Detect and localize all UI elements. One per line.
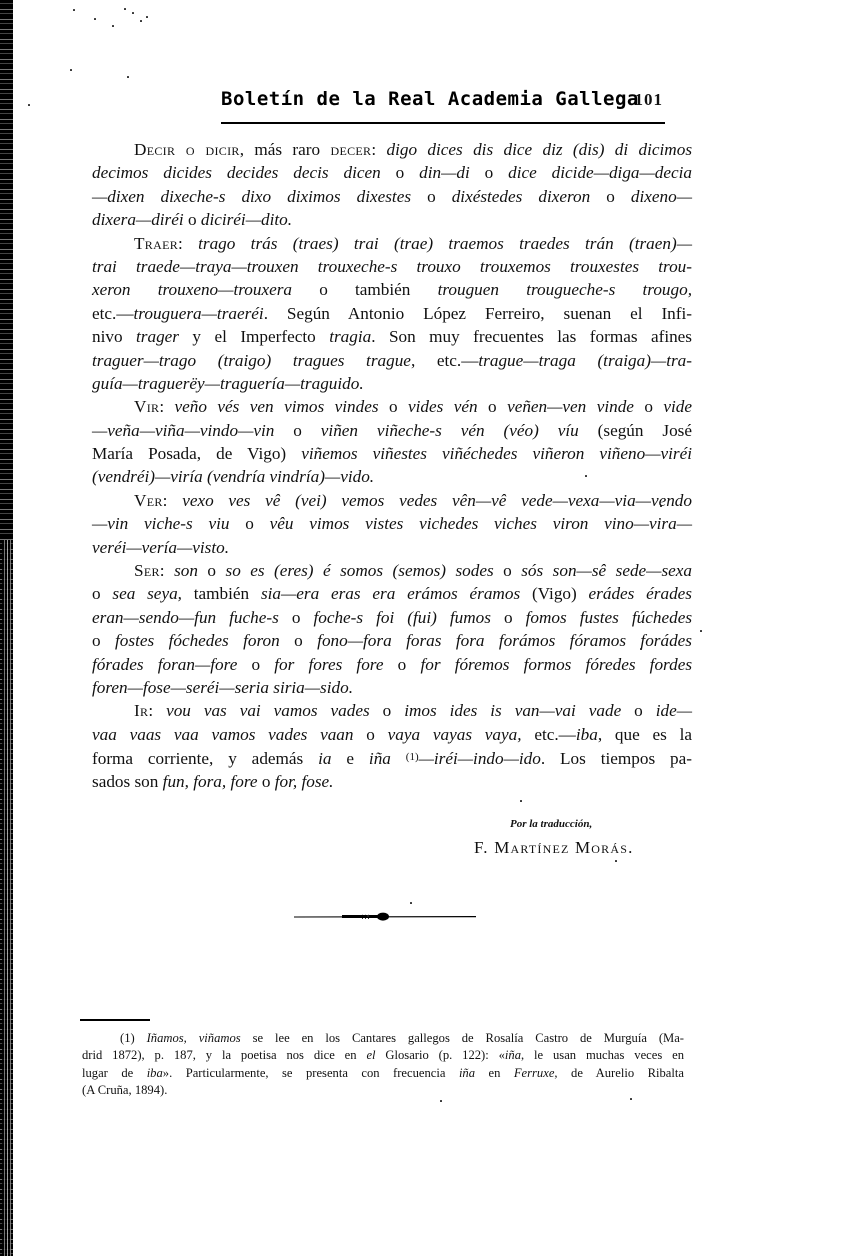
scan-binding-edge: [0, 0, 13, 1256]
text-run: veñen—ven vinde: [507, 397, 644, 416]
text-run: trouguen trougueche-s trougo,: [438, 280, 692, 299]
text-run: , de Aurelio Ribalta: [554, 1066, 684, 1080]
text-run: (Vigo): [532, 584, 589, 603]
text-run: sea seya,: [112, 584, 193, 603]
text-run: ia: [318, 749, 346, 768]
text-run: :: [159, 397, 174, 416]
text-run: o: [634, 701, 656, 720]
text-run: sia—era eras era erámos éramos: [261, 584, 532, 603]
text-run: dixéstedes dixeron: [452, 187, 607, 206]
text-run: din—di: [419, 163, 485, 182]
body_lines-line: veréi—vería—visto.: [92, 536, 692, 559]
text-run: e: [346, 749, 369, 768]
running-head: Boletín de la Real Academia Gallega 101: [221, 88, 663, 118]
text-run: :: [148, 701, 166, 720]
text-run: (1): [120, 1031, 147, 1045]
body_lines-line: eran—sendo—fun fuche-s o foche-s foi (fu…: [92, 606, 692, 629]
text-run: o también: [319, 280, 437, 299]
text-run: o: [606, 187, 631, 206]
signature-preface: Por la traducción,: [510, 816, 680, 832]
text-run: for fores fore: [274, 655, 397, 674]
text-run: . Según Antonio López Ferreiro, suenan e…: [264, 304, 692, 323]
text-run: forma corriente, y además: [92, 749, 318, 768]
text-run: , que es la: [598, 725, 692, 744]
footnote_lines-line: lugar de iba». Particularmente, se prese…: [82, 1065, 684, 1082]
text-run: o: [92, 631, 115, 650]
text-run: —vin viche-s viu: [92, 514, 245, 533]
footnote_lines-line: drid 1872), p. 187, y la poetisa nos dic…: [82, 1047, 684, 1064]
text-run: tragia: [329, 327, 371, 346]
text-run: fórades foran—fore: [92, 655, 252, 674]
text-run: o: [644, 397, 663, 416]
footnotes: (1) Iñamos, viñamos se lee en los Cantar…: [82, 1030, 684, 1099]
body_lines-line: o sea seya, también sia—era eras era erá…: [92, 582, 692, 605]
text-run: vaa vaas vaa vamos vades vaan: [92, 725, 366, 744]
text-run: o: [293, 421, 321, 440]
text-run: eran—sendo—fun fuche-s: [92, 608, 292, 627]
text-run: ide—: [656, 701, 692, 720]
text-run: también: [194, 584, 261, 603]
text-run: trague—traga (traiga)—tra-: [478, 351, 692, 370]
body_lines-line: —dixen dixeche-s dixo diximos dixestes o…: [92, 185, 692, 208]
text-run: vides vén: [408, 397, 488, 416]
text-run: o: [427, 187, 452, 206]
text-run: o: [92, 584, 112, 603]
text-run: Ferruxe: [514, 1066, 555, 1080]
text-run: nivo: [92, 327, 136, 346]
text-run: o: [485, 163, 509, 182]
text-run: sados son: [92, 772, 163, 791]
text-run: :: [160, 561, 174, 580]
text-run: se lee en los Cantares gallegos de Rosal…: [241, 1031, 684, 1045]
body_lines-line: guía—traguerëy—traguería—traguido.: [92, 372, 692, 395]
text-run: o: [262, 772, 275, 791]
text-run: foche-s foi (fui) fumos: [313, 608, 504, 627]
text-run: erádes érades: [589, 584, 692, 603]
text-run: son: [174, 561, 207, 580]
text-run: en: [475, 1066, 514, 1080]
text-run: María Posada, de Vigo): [92, 444, 301, 463]
text-run: o: [488, 397, 507, 416]
body_lines-line: nivo trager y el Imperfecto tragia. Son …: [92, 325, 692, 348]
body_lines-line: forma corriente, y además ia e iña (1)—i…: [92, 746, 692, 769]
text-run: Ir: [134, 701, 148, 720]
text-run: viñemos viñestes viñéchedes viñeron viñe…: [301, 444, 692, 463]
body_lines-line: Decir o dicir, más raro decer: digo dice…: [92, 138, 692, 161]
text-run: o: [389, 397, 408, 416]
text-run: o: [188, 210, 201, 229]
text-run: etc.—: [92, 304, 134, 323]
text-run: o: [245, 514, 269, 533]
text-run: o: [252, 655, 275, 674]
body_lines-line: Ver: vexo ves vê (vei) vemos vedes vên—v…: [92, 489, 692, 512]
text-run: iña: [459, 1066, 475, 1080]
text-run: veño vés ven vimos vindes: [175, 397, 389, 416]
text-run: o: [398, 655, 421, 674]
text-run: traguer—trago (traigo) tragues trague: [92, 351, 411, 370]
journal-title: Boletín de la Real Academia Gallega: [221, 88, 639, 110]
text-run: o: [292, 608, 314, 627]
body_lines-line: Ir: vou vas vai vamos vades o imos ides …: [92, 699, 692, 722]
text-run: (A Cruña, 1894).: [82, 1083, 167, 1097]
text-run: so es (eres) é somos (semos) sodes: [226, 561, 504, 580]
text-run: vexo ves vê (vei) vemos vedes vên—vê ved…: [182, 491, 692, 510]
body_lines-line: decimos dicides decides decis dicen o di…: [92, 161, 692, 184]
body_lines-line: trai traede—traya—trouxen trouxeche-s tr…: [92, 255, 692, 278]
text-run: drid 1872), p. 187, y la poetisa nos dic…: [82, 1048, 366, 1062]
text-run: iba: [147, 1066, 163, 1080]
text-run: dice dicide—diga—decia: [508, 163, 692, 182]
text-run: sós son—sê sede—sexa: [521, 561, 692, 580]
text-run: foren—fose—seréi—seria siria—sido.: [92, 678, 353, 697]
text-run: iña: [505, 1048, 521, 1062]
text-run: o: [207, 561, 225, 580]
body_lines-line: (vendréi)—viría (vendría vindría)—vido.: [92, 465, 692, 488]
text-run: for fóremos formos fóredes fordes: [420, 655, 692, 674]
footnote-rule: [80, 1019, 150, 1021]
text-run: dixeno—: [631, 187, 692, 206]
text-run: fostes fóchedes foron: [115, 631, 294, 650]
text-run: o: [504, 608, 526, 627]
footnote-marker: (1): [406, 751, 419, 763]
ornament-rule-icon: [292, 909, 476, 923]
text-run: fono—fora foras fora forámos fóramos for…: [317, 631, 692, 650]
text-run: fomos fustes fúchedes: [526, 608, 692, 627]
text-run: iña: [369, 749, 406, 768]
text-run: (vendréi)—viría (vendría vindría)—vido.: [92, 467, 374, 486]
text-run: for, fose.: [275, 772, 334, 791]
body_lines-line: —veña—viña—vindo—vin o viñen viñeche-s v…: [92, 419, 692, 442]
text-run: diciréi—dito.: [201, 210, 292, 229]
text-run: Vir: [134, 397, 159, 416]
text-run: decer: [330, 140, 371, 159]
text-run: vide: [663, 397, 692, 416]
signature: Por la traducción, F. Martínez Morás.: [420, 816, 680, 860]
body_lines-line: fórades foran—fore o for fores fore o fo…: [92, 653, 692, 676]
text-run: trager: [136, 327, 179, 346]
body_lines-line: María Posada, de Vigo) viñemos viñestes …: [92, 442, 692, 465]
text-run: Glosario (p. 122): «: [376, 1048, 505, 1062]
text-run: o: [366, 725, 387, 744]
text-run: o: [294, 631, 317, 650]
text-run: guía—traguerëy—traguería—traguido.: [92, 374, 364, 393]
text-run: digo dices dis dice diz (dis) di dicimos: [386, 140, 692, 159]
text-run: :: [178, 234, 198, 253]
body_lines-line: etc.—trouguera—traeréi. Según Antonio Ló…: [92, 302, 692, 325]
body-text: Decir o dicir, más raro decer: digo dice…: [92, 138, 692, 793]
text-run: etc.—: [534, 725, 576, 744]
body_lines-line: traguer—trago (traigo) tragues trague, e…: [92, 349, 692, 372]
text-run: veréi—vería—visto.: [92, 538, 229, 557]
body_lines-line: Traer: trago trás (traes) trai (trae) tr…: [92, 232, 692, 255]
text-run: , más raro: [240, 140, 331, 159]
body_lines-line: sados son fun, fora, fore o for, fose.: [92, 770, 692, 793]
text-run: o: [383, 701, 405, 720]
body_lines-line: —vin viche-s viu o vêu vimos vistes vich…: [92, 512, 692, 535]
text-run: —veña—viña—vindo—vin: [92, 421, 293, 440]
text-run: ». Particularmente, se presenta con frec…: [163, 1066, 459, 1080]
body_lines-line: o fostes fóchedes foron o fono—fora fora…: [92, 629, 692, 652]
text-run: trouguera—traeréi: [134, 304, 264, 323]
text-run: —dixen dixeche-s dixo diximos dixestes: [92, 187, 427, 206]
body_lines-line: xeron trouxeno—trouxera o también trougu…: [92, 278, 692, 301]
body_lines-line: foren—fose—seréi—seria siria—sido.: [92, 676, 692, 699]
footnote_lines-line: (1) Iñamos, viñamos se lee en los Cantar…: [82, 1030, 684, 1047]
body_lines-line: vaa vaas vaa vamos vades vaan o vaya vay…: [92, 723, 692, 746]
text-run: Traer: [134, 234, 178, 253]
text-run: vêu vimos vistes vichedes viches viron v…: [270, 514, 692, 533]
text-run: (según José: [598, 421, 692, 440]
text-run: Iñamos, viñamos: [147, 1031, 241, 1045]
text-run: dixera—diréi: [92, 210, 188, 229]
text-run: iba: [576, 725, 598, 744]
body_lines-line: Ser: son o so es (eres) é somos (semos) …: [92, 559, 692, 582]
text-run: o: [396, 163, 420, 182]
text-run: vou vas vai vamos vades: [166, 701, 383, 720]
header-rule: [221, 122, 665, 124]
text-run: , le usan muchas veces en: [521, 1048, 684, 1062]
text-run: . Son muy frecuentes las formas afines: [371, 327, 692, 346]
text-run: fun, fora, fore: [163, 772, 262, 791]
text-run: , etc.—: [411, 351, 478, 370]
text-run: —iréi—indo—ido: [419, 749, 541, 768]
body_lines-line: Vir: veño vés ven vimos vindes o vides v…: [92, 395, 692, 418]
text-run: viñen viñeche-s vén (véo) víu: [321, 421, 598, 440]
body_lines-line: dixera—diréi o diciréi—dito.: [92, 208, 692, 231]
text-run: trai traede—traya—trouxen trouxeche-s tr…: [92, 257, 692, 276]
text-run: Ver: [134, 491, 163, 510]
text-run: y el Imperfecto: [179, 327, 329, 346]
text-run: el: [366, 1048, 375, 1062]
text-run: decimos dicides decides decis dicen: [92, 163, 396, 182]
text-run: trago trás (traes) trai (trae) traemos t…: [198, 234, 692, 253]
translator-name: F. Martínez Morás.: [474, 836, 680, 860]
text-run: lugar de: [82, 1066, 147, 1080]
text-run: xeron trouxeno—trouxera: [92, 280, 319, 299]
text-run: :: [371, 140, 386, 159]
text-run: . Los tiempos pa-: [541, 749, 692, 768]
text-run: imos ides is van—vai vade: [404, 701, 634, 720]
text-run: Decir o dicir: [134, 140, 240, 159]
page-number: 101: [635, 90, 664, 110]
text-run: o: [503, 561, 521, 580]
text-run: Ser: [134, 561, 160, 580]
text-run: vaya vayas vaya,: [388, 725, 535, 744]
footnote_lines-line: (A Cruña, 1894).: [82, 1082, 684, 1099]
text-run: :: [163, 491, 183, 510]
